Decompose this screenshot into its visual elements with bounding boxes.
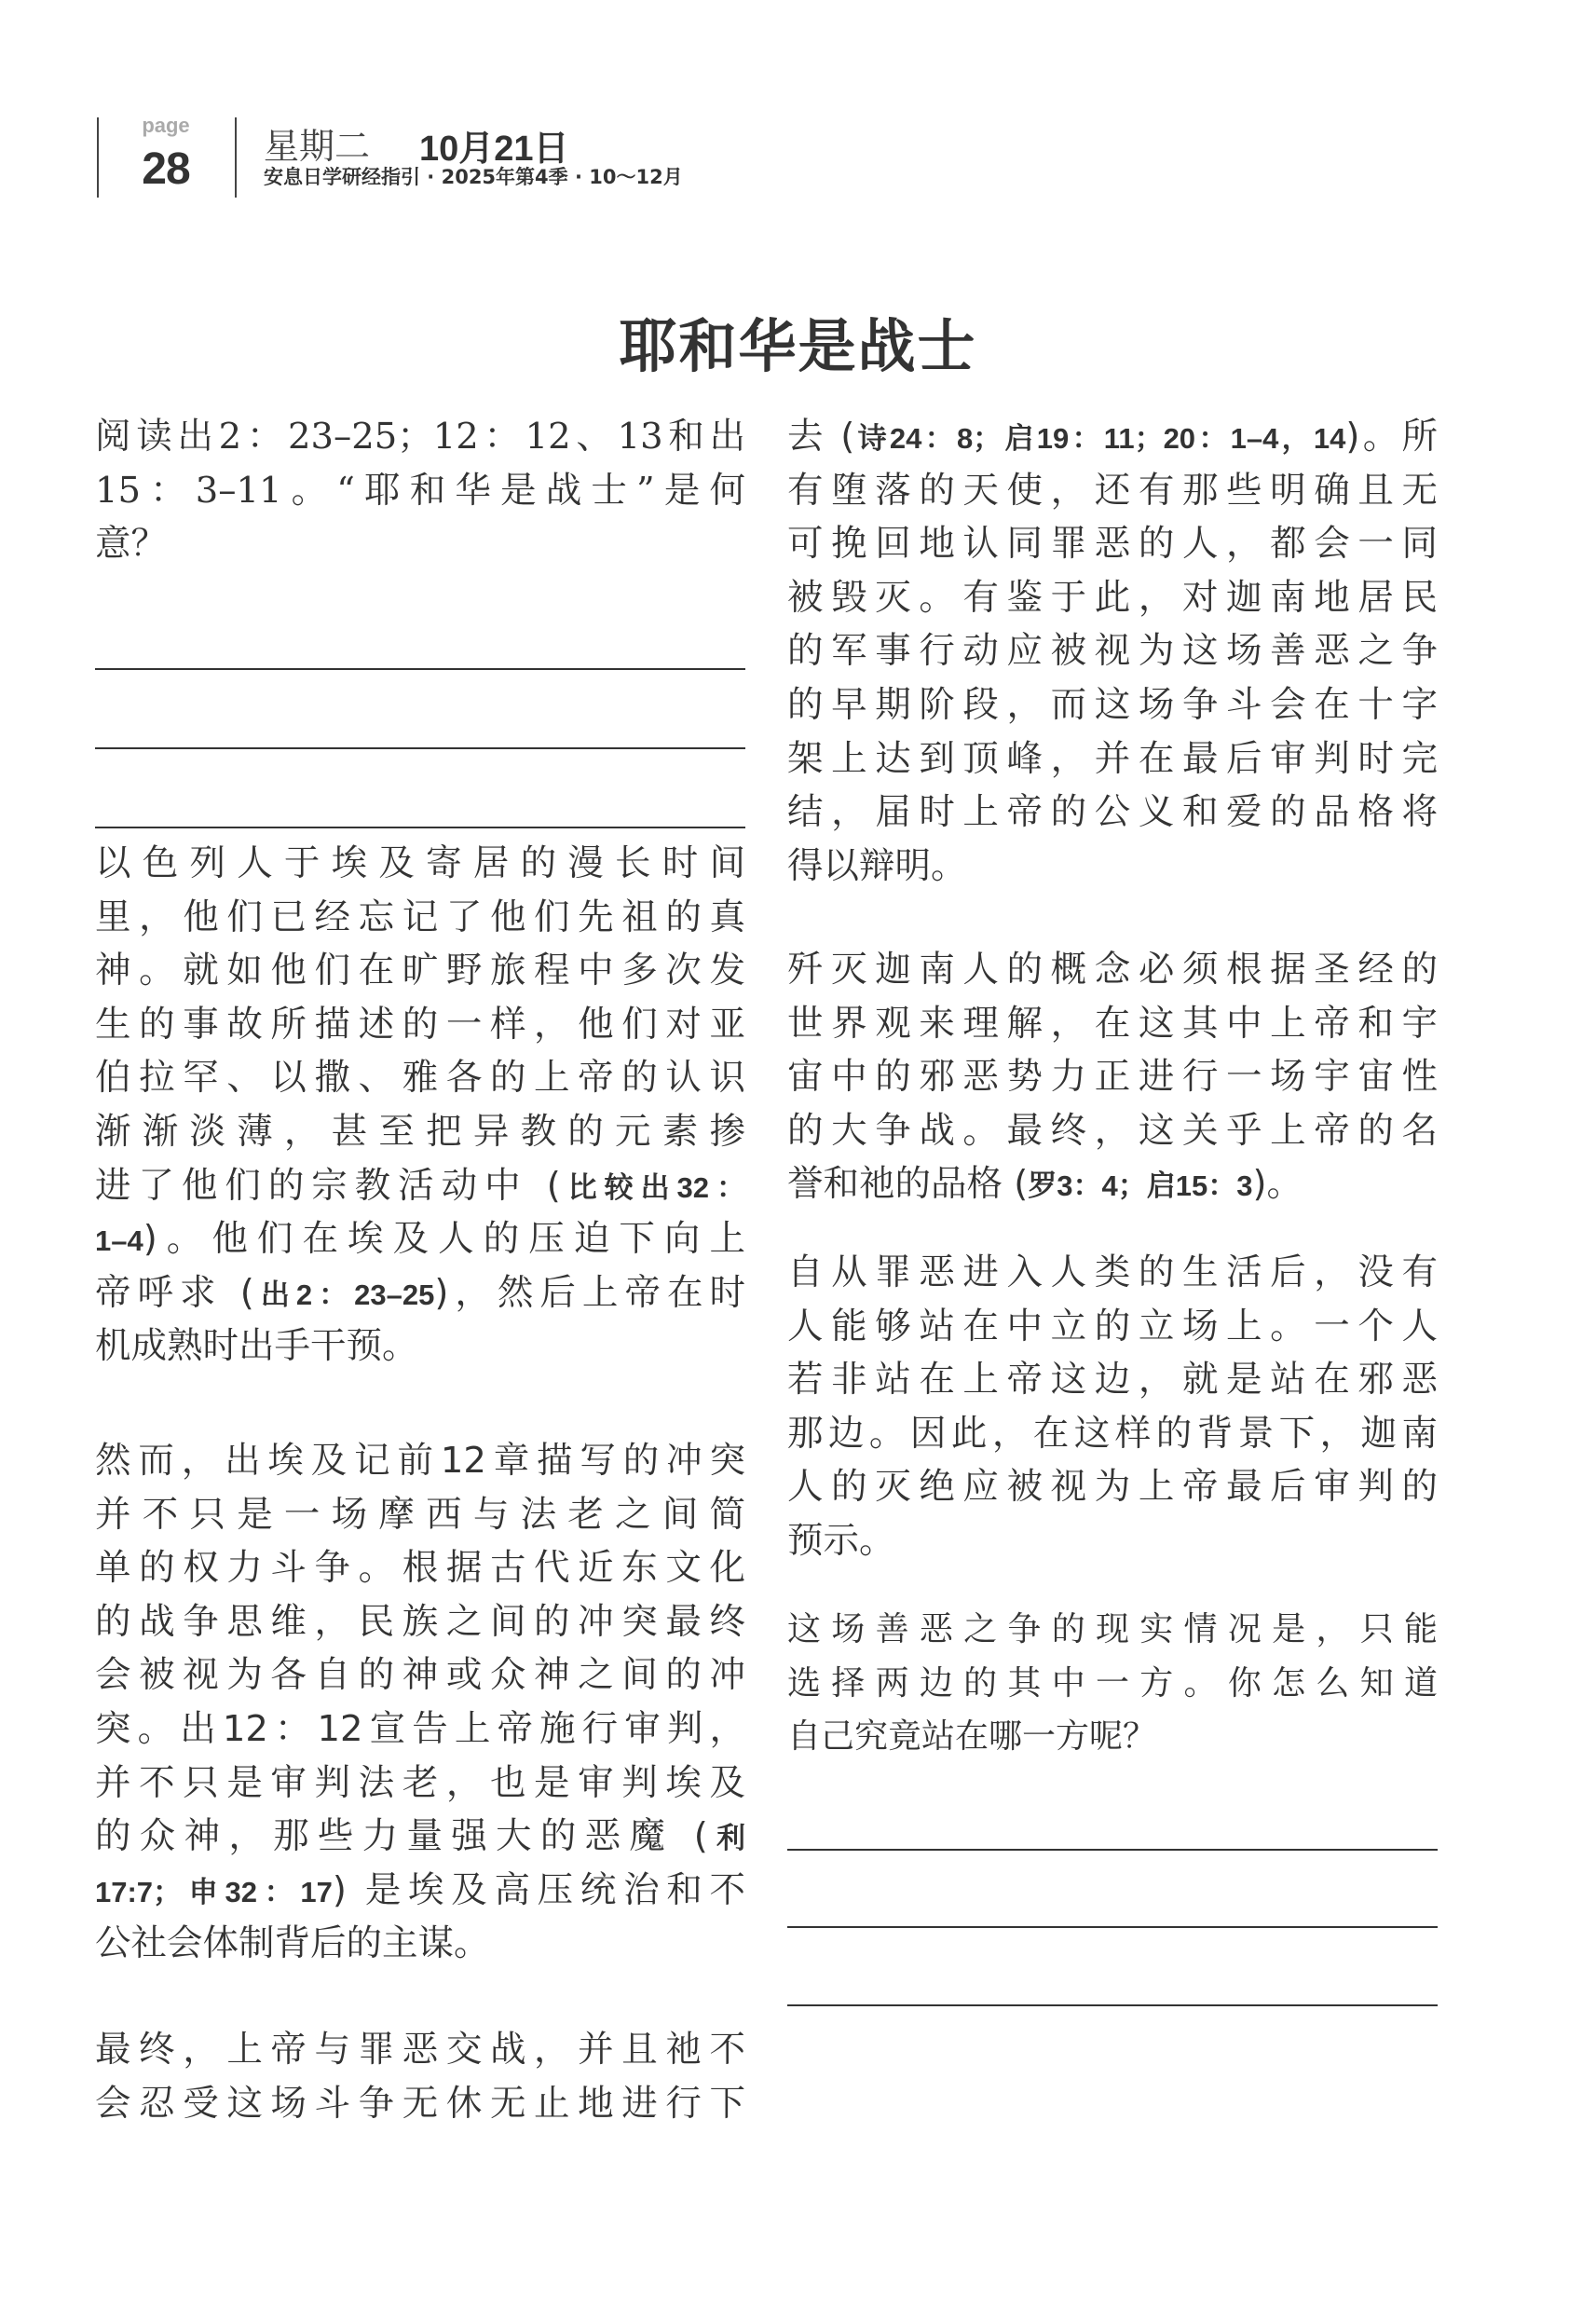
text-run: )。他们在埃及人的压迫下向上: [143, 1218, 745, 1260]
text-run: 自己究竟站在哪一方呢？: [787, 1717, 1156, 1756]
scripture-reference: 罗3：4；启15：3: [1028, 1169, 1252, 1202]
scripture-reference: 出2：23–25: [254, 1279, 435, 1311]
text-run: 最终，上帝与罪恶交战，并且祂不: [95, 2029, 745, 2071]
text-run: 结，届时上帝的公义和爱的品格将: [787, 791, 1438, 833]
body-line: 去 (诗24：8；启19：11；20：1–4，14)。所: [787, 410, 1438, 464]
body-line: 架上达到顶峰，并在最后审判时完: [787, 732, 1438, 786]
answer-line[interactable]: [95, 747, 745, 749]
body-line: 人的灭绝应被视为上帝最后审判的: [787, 1460, 1438, 1514]
text-run: 若非站在上帝这边，就是站在邪恶: [787, 1359, 1438, 1401]
body-line: 被毁灭。有鉴于此，对迦南地居民: [787, 571, 1438, 625]
text-run: 以色列人于埃及寄居的漫长时间: [95, 842, 745, 884]
text-run: 渐渐淡薄，甚至把异教的元素掺: [95, 1111, 745, 1153]
body-line: 渐渐淡薄，甚至把异教的元素掺: [95, 1105, 745, 1159]
body-line: 1–4)。他们在埃及人的压迫下向上: [95, 1212, 745, 1266]
question-line: 选择两边的其中一方。你怎么知道: [787, 1657, 1438, 1711]
text-run: 自从罪恶进入人类的生活后，没有: [787, 1251, 1438, 1293]
body-line: 伯拉罕、以撒、雅各的上帝的认识: [95, 1051, 745, 1105]
question-line: 自己究竟站在哪一方呢？: [787, 1710, 1438, 1764]
body-line: 进了他们的宗教活动中 (比较出32：: [95, 1159, 745, 1213]
text-run: 选择两边的其中一方。你怎么知道: [787, 1664, 1438, 1702]
body-line: 自从罪恶进入人类的生活后，没有: [787, 1246, 1438, 1300]
scripture-reference: 诗24：8；启19：11；20：1–4，14: [854, 422, 1345, 455]
text-run: 的战争思维，民族之间的冲突最终: [95, 1601, 745, 1643]
body-line: 突。出12：12宣告上帝施行审判，: [95, 1702, 745, 1757]
text-run: 架上达到顶峰，并在最后审判时完: [787, 738, 1438, 780]
text-run: 人能够站在中立的立场上。一个人: [787, 1306, 1438, 1347]
text-run: 被毁灭。有鉴于此，对迦南地居民: [787, 577, 1438, 619]
text-run: 并不只是一场摩西与法老之间简: [95, 1494, 745, 1536]
text-run: 宙中的邪恶势力正进行一场宇宙性: [787, 1056, 1438, 1098]
text-run: 预示。: [787, 1520, 895, 1562]
text-run: )。所: [1345, 416, 1438, 458]
text-run: 公社会体制背后的主谋。: [95, 1922, 490, 1964]
scripture-reference: 比较出32：: [561, 1171, 745, 1204]
text-run: 帝呼求 (: [95, 1272, 254, 1314]
body-line: 结，届时上帝的公义和爱的品格将: [787, 786, 1438, 840]
text-run: 誉和祂的品格 (: [787, 1163, 1028, 1205]
body-line: 有堕落的天使，还有那些明确且无: [787, 464, 1438, 518]
body-line: 公社会体制背后的主谋。: [95, 1917, 745, 1971]
body-line: 歼灭迦南人的概念必须根据圣经的: [787, 943, 1438, 997]
text-run: 可挽回地认同罪恶的人，都会一同: [787, 523, 1438, 565]
body-line: 生的事故所描述的一样，他们对亚: [95, 998, 745, 1052]
text-run: ) 是埃及高压统治和不: [333, 1869, 745, 1911]
page-label: page: [115, 114, 217, 138]
body-line: 机成熟时出手干预。: [95, 1320, 745, 1374]
text-run: 这场善恶之争的现实情况是，只能: [787, 1610, 1438, 1648]
page-title: 耶和华是战士: [0, 300, 1596, 383]
question-line: 阅读出2：23–25；12：12、13和出: [95, 410, 745, 464]
text-run: 意？: [95, 523, 167, 565]
body-line: 预示。: [787, 1514, 1438, 1568]
text-run: 生的事故所描述的一样，他们对亚: [95, 1004, 745, 1046]
header-divider-right: [235, 117, 237, 198]
body-line: 神。就如他们在旷野旅程中多次发: [95, 944, 745, 998]
answer-line[interactable]: [787, 1849, 1438, 1851]
body-line: 誉和祂的品格 (罗3：4；启15：3)。: [787, 1157, 1438, 1211]
body-line: 的大争战。最终，这关乎上帝的名: [787, 1104, 1438, 1158]
body-line: 会忍受这场斗争无休无止地进行下: [95, 2077, 745, 2131]
text-run: 突。出12：12宣告上帝施行审判，: [95, 1708, 745, 1750]
body-line: 以色列人于埃及寄居的漫长时间: [95, 837, 745, 891]
answer-line[interactable]: [95, 827, 745, 828]
page-number: 28: [115, 144, 217, 195]
text-run: 的军事行动应被视为这场善恶之争: [787, 630, 1438, 672]
body-line: 的早期阶段，而这场争斗会在十字: [787, 678, 1438, 732]
text-run: 去 (: [787, 416, 854, 458]
body-line: 世界观来理解，在这其中上帝和宇: [787, 997, 1438, 1051]
scripture-reference: 17:7；申32：17: [95, 1876, 333, 1908]
text-run: 伯拉罕、以撒、雅各的上帝的认识: [95, 1057, 745, 1099]
body-line: 最终，上帝与罪恶交战，并且祂不: [95, 2023, 745, 2077]
question-line: 15：3–11。“耶和华是战士”是何: [95, 464, 745, 518]
body-line: 人能够站在中立的立场上。一个人: [787, 1300, 1438, 1354]
header-divider-left: [97, 117, 99, 198]
scripture-reference: 利: [708, 1822, 745, 1854]
body-line: 并不只是一场摩西与法老之间简: [95, 1488, 745, 1542]
text-run: 会被视为各自的神或众神之间的冲: [95, 1654, 745, 1696]
text-run: 得以辩明。: [787, 845, 967, 887]
body-line: 宙中的邪恶势力正进行一场宇宙性: [787, 1050, 1438, 1104]
body-line: 的军事行动应被视为这场善恶之争: [787, 624, 1438, 678]
body-line: 单的权力斗争。根据古代近东文化: [95, 1541, 745, 1595]
body-line: 17:7；申32：17) 是埃及高压统治和不: [95, 1864, 745, 1918]
text-run: 然而，出埃及记前12章描写的冲突: [95, 1440, 745, 1482]
question-line: 意？: [95, 517, 745, 571]
body-line: 若非站在上帝这边，就是站在邪恶: [787, 1353, 1438, 1407]
body-line: 得以辩明。: [787, 840, 1438, 894]
answer-line[interactable]: [787, 1926, 1438, 1928]
body-line: 的众神，那些力量强大的恶魔 (利: [95, 1810, 745, 1864]
text-run: )。: [1252, 1163, 1303, 1205]
text-run: 进了他们的宗教活动中 (: [95, 1165, 561, 1207]
text-run: 的早期阶段，而这场争斗会在十字: [787, 684, 1438, 726]
answer-line[interactable]: [95, 668, 745, 670]
question-line: 这场善恶之争的现实情况是，只能: [787, 1603, 1438, 1657]
text-run: 单的权力斗争。根据古代近东文化: [95, 1547, 745, 1589]
text-run: 世界观来理解，在这其中上帝和宇: [787, 1003, 1438, 1045]
text-run: 并不只是审判法老，也是审判埃及: [95, 1762, 745, 1804]
body-line: 帝呼求 (出2：23–25)，然后上帝在时: [95, 1266, 745, 1320]
text-run: 会忍受这场斗争无休无止地进行下: [95, 2083, 745, 2125]
text-run: 15：3–11。“耶和华是战士”是何: [95, 470, 745, 512]
text-run: 神。就如他们在旷野旅程中多次发: [95, 950, 745, 991]
text-run: 那边。因此，在这样的背景下，迦南: [787, 1413, 1438, 1455]
text-run: 歼灭迦南人的概念必须根据圣经的: [787, 949, 1438, 991]
day-of-week: 星期二: [264, 117, 370, 169]
body-line: 那边。因此，在这样的背景下，迦南: [787, 1407, 1438, 1461]
body-line: 并不只是审判法老，也是审判埃及: [95, 1757, 745, 1811]
text-run: 里，他们已经忘记了他们先祖的真: [95, 896, 745, 938]
text-run: )，然后上帝在时: [434, 1272, 745, 1314]
text-run: 阅读出2：23–25；12：12、13和出: [95, 416, 745, 458]
text-run: 机成熟时出手干预。: [95, 1325, 418, 1367]
publication-subtitle: 安息日学研经指引 · 2025年第4季 · 10～12月: [264, 162, 683, 190]
body-line: 然而，出埃及记前12章描写的冲突: [95, 1434, 745, 1488]
text-run: 人的灭绝应被视为上帝最后审判的: [787, 1466, 1438, 1508]
scripture-reference: 1–4: [95, 1224, 143, 1257]
answer-line[interactable]: [787, 2004, 1438, 2006]
body-line: 会被视为各自的神或众神之间的冲: [95, 1648, 745, 1702]
body-line: 里，他们已经忘记了他们先祖的真: [95, 891, 745, 945]
text-run: 的大争战。最终，这关乎上帝的名: [787, 1110, 1438, 1152]
text-run: 的众神，那些力量强大的恶魔 (: [95, 1815, 708, 1857]
body-line: 可挽回地认同罪恶的人，都会一同: [787, 517, 1438, 571]
body-line: 的战争思维，民族之间的冲突最终: [95, 1595, 745, 1649]
text-run: 有堕落的天使，还有那些明确且无: [787, 470, 1438, 512]
